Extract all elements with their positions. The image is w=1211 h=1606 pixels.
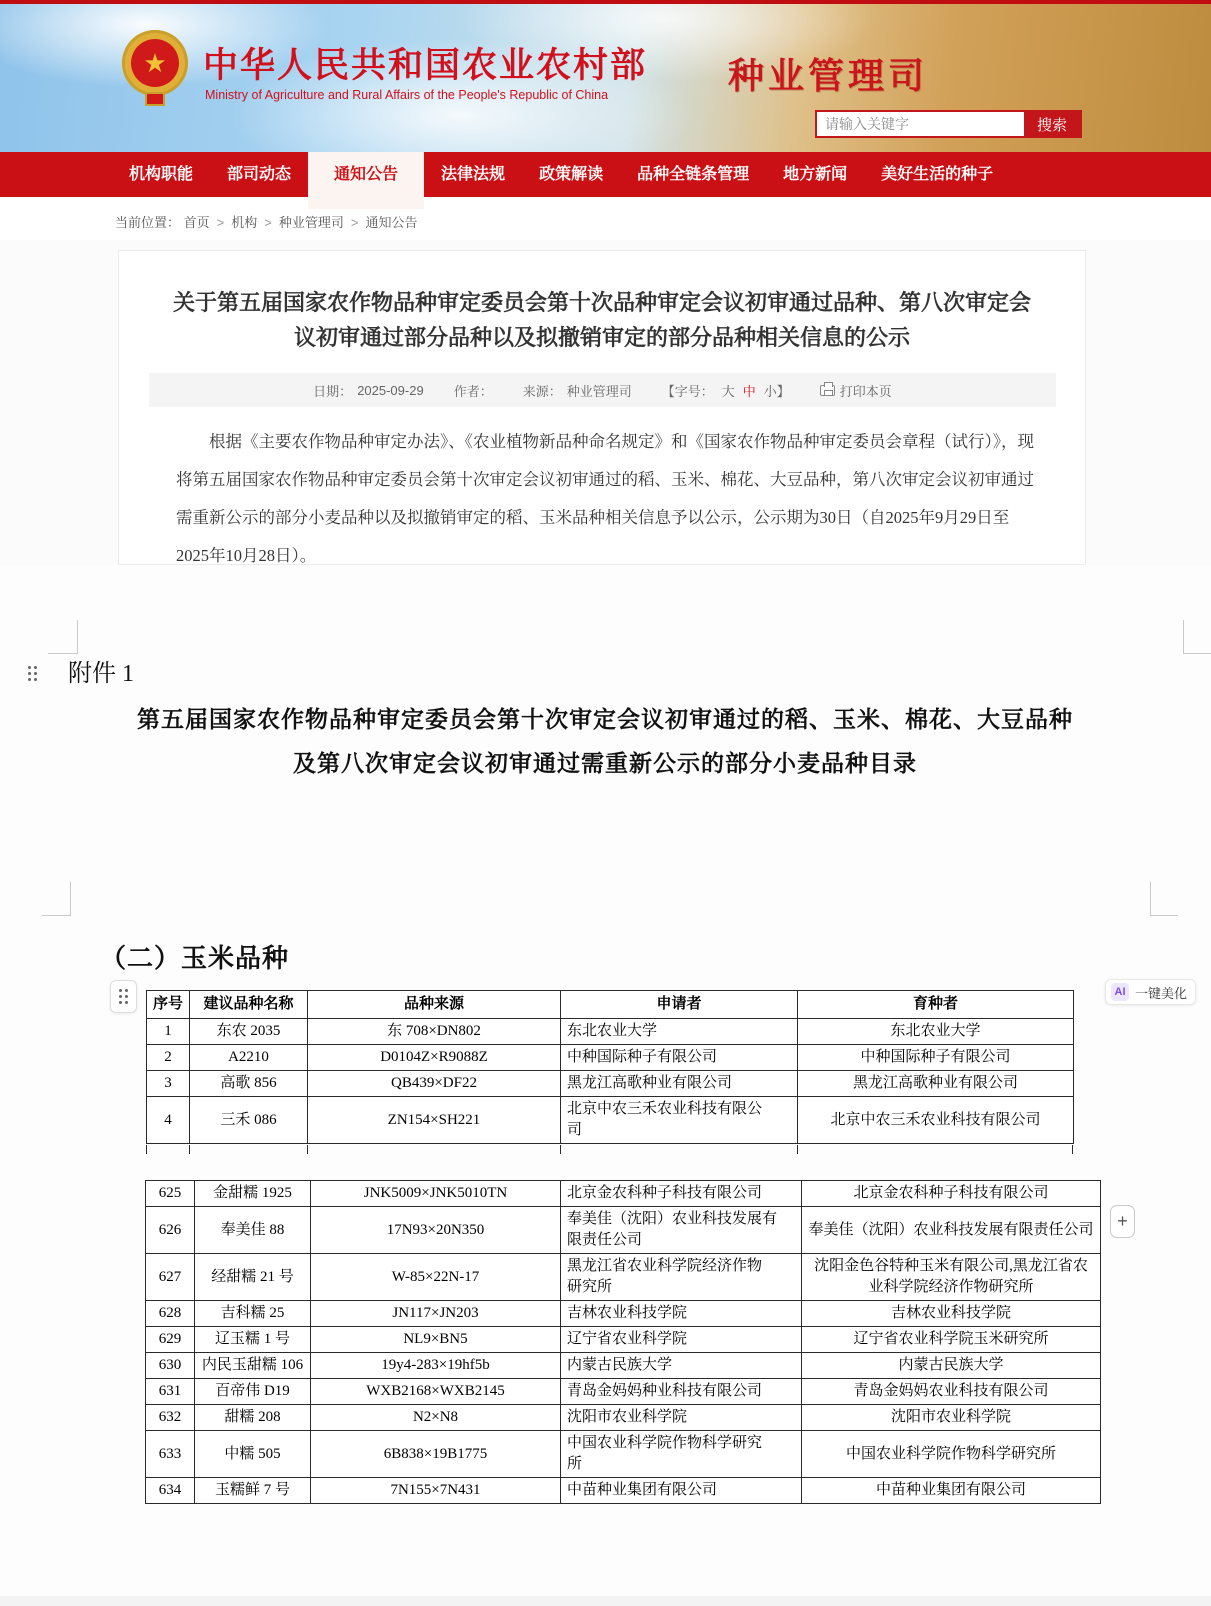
column-header: 申请者 [561, 991, 798, 1019]
table-cell: 辽宁省农业科学院玉米研究所 [802, 1327, 1101, 1353]
article-title: 关于第五届国家农作物品种审定委员会第十次品种审定会议初审通过品种、第八次审定会 … [143, 285, 1061, 355]
meta-author: 作者： [454, 381, 493, 400]
table-cell: 626 [146, 1207, 195, 1254]
table-cell: 633 [146, 1431, 195, 1478]
search-box: 搜索 [815, 110, 1082, 138]
table-row: 1东农 2035东 708×DN802东北农业大学东北农业大学 [147, 1019, 1074, 1045]
nav-item-机构职能[interactable]: 机构职能 [112, 152, 210, 197]
table-row: 633中糯 5056B838×19B1775中国农业科学院作物科学研究 所中国农… [146, 1431, 1101, 1478]
print-page[interactable]: 打印本页 [820, 381, 892, 400]
table-row: 2A2210D0104Z×R9088Z中种国际种子有限公司中种国际种子有限公司 [147, 1045, 1074, 1071]
breadcrumb-separator: > [264, 215, 272, 230]
nav-item-品种全链条管理[interactable]: 品种全链条管理 [620, 152, 766, 197]
table-row: 629辽玉糯 1 号NL9×BN5辽宁省农业科学院辽宁省农业科学院玉米研究所 [146, 1327, 1101, 1353]
table-cell: 中糯 505 [195, 1431, 311, 1478]
article-meta-bar: 日期：2025-09-29 作者： 来源：种业管理司 【字号：大中小】 打印本页 [149, 373, 1056, 407]
table-header-row: 序号建议品种名称品种来源申请者育种者 [147, 991, 1074, 1019]
breadcrumb-separator: > [217, 215, 225, 230]
table-cell: 三禾 086 [190, 1097, 308, 1144]
table-cell: 7N155×7N431 [311, 1478, 561, 1504]
table-row: 625金甜糯 1925JNK5009×JNK5010TN北京金农科种子科技有限公… [146, 1181, 1101, 1207]
table-cell: 黑龙江省农业科学院经济作物 研究所 [561, 1254, 802, 1301]
table-cell: 1 [147, 1019, 190, 1045]
ministry-title: 中华人民共和国农业农村部 [203, 38, 647, 88]
table-cell: 辽玉糯 1 号 [195, 1327, 311, 1353]
department-name: 种业管理司 [728, 48, 928, 99]
document-title: 第五届国家农作物品种审定委员会第十次审定会议初审通过的稻、玉米、棉花、大豆品种 … [120, 698, 1090, 786]
table-cell: 629 [146, 1327, 195, 1353]
table-cell: 沈阳市农业科学院 [802, 1405, 1101, 1431]
meta-date: 日期：2025-09-29 [313, 381, 424, 400]
article-body: 根据《主要农作物品种审定办法》、《农业植物新品种命名规定》和《国家农作物品种审定… [176, 423, 1042, 575]
table-row: 632甜糯 208N2×N8沈阳市农业科学院沈阳市农业科学院 [146, 1405, 1101, 1431]
table-cell: 634 [146, 1478, 195, 1504]
ministry-subtitle-en: Ministry of Agriculture and Rural Affair… [205, 88, 608, 102]
table-cell: 经甜糯 21 号 [195, 1254, 311, 1301]
add-row-button[interactable]: + [1110, 1205, 1135, 1238]
font-size-medium[interactable]: 中 [743, 381, 756, 400]
table-cell: ZN154×SH221 [308, 1097, 561, 1144]
clipped-table-row [146, 1145, 1073, 1154]
drag-handle-button[interactable] [110, 980, 137, 1013]
table-row: 627经甜糯 21 号W-85×22N-17黑龙江省农业科学院经济作物 研究所沈… [146, 1254, 1101, 1301]
table-cell: 吉林农业科技学院 [561, 1301, 802, 1327]
table-cell: 中苗种业集团有限公司 [802, 1478, 1101, 1504]
table-cell: 内蒙古民族大学 [561, 1353, 802, 1379]
table-cell: D0104Z×R9088Z [308, 1045, 561, 1071]
drag-handle-icon[interactable] [28, 666, 37, 681]
table-cell: 辽宁省农业科学院 [561, 1327, 802, 1353]
table-cell: 甜糯 208 [195, 1405, 311, 1431]
corn-table-top: 序号建议品种名称品种来源申请者育种者1东农 2035东 708×DN802东北农… [146, 990, 1074, 1144]
emblem-star-icon: ★ [131, 39, 179, 87]
table-row: 628吉科糯 25JN117×JN203吉林农业科技学院吉林农业科技学院 [146, 1301, 1101, 1327]
table-cell: 沈阳金色谷特种玉米有限公司,黑龙江省农 业科学院经济作物研究所 [802, 1254, 1101, 1301]
national-emblem-logo: ★ [122, 30, 188, 96]
breadcrumb-item-首页[interactable]: 首页 [184, 215, 210, 230]
site-banner: ★ 中华人民共和国农业农村部 Ministry of Agriculture a… [0, 4, 1211, 152]
table-cell: 中国农业科学院作物科学研究 所 [561, 1431, 802, 1478]
breadcrumb-item-机构[interactable]: 机构 [231, 215, 257, 230]
nav-item-地方新闻[interactable]: 地方新闻 [766, 152, 864, 197]
table-row: 4三禾 086ZN154×SH221北京中农三禾农业科技有限公 司北京中农三禾农… [147, 1097, 1074, 1144]
drag-handle-icon [119, 989, 128, 1004]
table-row: 630内民玉甜糯 10619y4-283×19hf5b内蒙古民族大学内蒙古民族大… [146, 1353, 1101, 1379]
printer-icon [820, 385, 835, 396]
table-cell: 北京中农三禾农业科技有限公司 [798, 1097, 1074, 1144]
article-card: 关于第五届国家农作物品种审定委员会第十次品种审定会议初审通过品种、第八次审定会 … [118, 250, 1086, 565]
table-cell: 6B838×19B1775 [311, 1431, 561, 1478]
table-cell: 19y4-283×19hf5b [311, 1353, 561, 1379]
table-cell: 玉糯鲜 7 号 [195, 1478, 311, 1504]
table-cell: 青岛金妈妈种业科技有限公司 [561, 1379, 802, 1405]
column-header: 建议品种名称 [190, 991, 308, 1019]
nav-item-政策解读[interactable]: 政策解读 [522, 152, 620, 197]
attachment-label: 附件 1 [68, 653, 134, 688]
table-cell: 高歌 856 [190, 1071, 308, 1097]
table-cell: 630 [146, 1353, 195, 1379]
meta-source: 来源：种业管理司 [523, 381, 632, 400]
table-cell: 奉美佳（沈阳）农业科技发展有 限责任公司 [561, 1207, 802, 1254]
table-row: 634玉糯鲜 7 号7N155×7N431中苗种业集团有限公司中苗种业集团有限公… [146, 1478, 1101, 1504]
table-cell: 东 708×DN802 [308, 1019, 561, 1045]
table-cell: 金甜糯 1925 [195, 1181, 311, 1207]
table-cell: NL9×BN5 [311, 1327, 561, 1353]
nav-item-美好生活的种子[interactable]: 美好生活的种子 [864, 152, 1010, 197]
breadcrumb: 当前位置： 首页>机构>种业管理司>通知公告 [115, 212, 417, 231]
ai-beautify-button[interactable]: AI 一键美化 [1105, 979, 1196, 1005]
search-input[interactable] [817, 112, 1024, 136]
table-row: 631百帝伟 D19WXB2168×WXB2145青岛金妈妈种业科技有限公司青岛… [146, 1379, 1101, 1405]
table-cell: N2×N8 [311, 1405, 561, 1431]
table-cell: 中种国际种子有限公司 [798, 1045, 1074, 1071]
breadcrumb-item-通知公告[interactable]: 通知公告 [365, 215, 417, 230]
table-cell: 东北农业大学 [561, 1019, 798, 1045]
emblem-base [147, 94, 163, 104]
table-cell: 青岛金妈妈农业科技有限公司 [802, 1379, 1101, 1405]
table-cell: 中种国际种子有限公司 [561, 1045, 798, 1071]
table-cell: QB439×DF22 [308, 1071, 561, 1097]
ai-icon: AI [1111, 983, 1129, 1001]
table-cell: 中国农业科学院作物科学研究所 [802, 1431, 1101, 1478]
table-cell: 东农 2035 [190, 1019, 308, 1045]
table-cell: 627 [146, 1254, 195, 1301]
table-cell: 东北农业大学 [798, 1019, 1074, 1045]
table-cell: A2210 [190, 1045, 308, 1071]
column-header: 品种来源 [308, 991, 561, 1019]
table-cell: 北京中农三禾农业科技有限公 司 [561, 1097, 798, 1144]
main-nav: 机构职能部司动态通知公告法律法规政策解读品种全链条管理地方新闻美好生活的种子 [0, 152, 1211, 197]
nav-item-法律法规[interactable]: 法律法规 [424, 152, 522, 197]
table-cell: 17N93×20N350 [311, 1207, 561, 1254]
table-cell: 奉美佳 88 [195, 1207, 311, 1254]
nav-item-部司动态[interactable]: 部司动态 [210, 152, 308, 197]
table-cell: 北京金农科种子科技有限公司 [802, 1181, 1101, 1207]
table-cell: 632 [146, 1405, 195, 1431]
table-cell: 内民玉甜糯 106 [195, 1353, 311, 1379]
table-row: 626奉美佳 8817N93×20N350奉美佳（沈阳）农业科技发展有 限责任公… [146, 1207, 1101, 1254]
section-heading-corn: （二）玉米品种 [100, 938, 289, 975]
table-cell: 北京金农科种子科技有限公司 [561, 1181, 802, 1207]
bottom-edge-strip [0, 1596, 1211, 1606]
nav-item-通知公告[interactable]: 通知公告 [308, 152, 424, 209]
table-cell: 吉科糯 25 [195, 1301, 311, 1327]
table-cell: 奉美佳（沈阳）农业科技发展有限责任公司 [802, 1207, 1101, 1254]
font-size-small[interactable]: 小】 [764, 381, 790, 400]
table-cell: WXB2168×WXB2145 [311, 1379, 561, 1405]
table-cell: JNK5009×JNK5010TN [311, 1181, 561, 1207]
table-cell: JN117×JN203 [311, 1301, 561, 1327]
breadcrumb-separator: > [351, 215, 359, 230]
table-cell: 2 [147, 1045, 190, 1071]
corn-table-bottom: 625金甜糯 1925JNK5009×JNK5010TN北京金农科种子科技有限公… [145, 1180, 1101, 1504]
search-button[interactable]: 搜索 [1024, 112, 1080, 136]
table-cell: 3 [147, 1071, 190, 1097]
table-cell: 628 [146, 1301, 195, 1327]
table-cell: W-85×22N-17 [311, 1254, 561, 1301]
breadcrumb-prefix: 当前位置： [115, 215, 184, 230]
table-cell: 631 [146, 1379, 195, 1405]
table-cell: 黑龙江高歌种业有限公司 [561, 1071, 798, 1097]
table-cell: 中苗种业集团有限公司 [561, 1478, 802, 1504]
table-cell: 黑龙江高歌种业有限公司 [798, 1071, 1074, 1097]
table-cell: 沈阳市农业科学院 [561, 1405, 802, 1431]
table-cell: 4 [147, 1097, 190, 1144]
table-cell: 625 [146, 1181, 195, 1207]
column-header: 育种者 [798, 991, 1074, 1019]
font-size-switcher[interactable]: 【字号：大中小】 [662, 381, 790, 400]
table-row: 3高歌 856QB439×DF22黑龙江高歌种业有限公司黑龙江高歌种业有限公司 [147, 1071, 1074, 1097]
column-header: 序号 [147, 991, 190, 1019]
breadcrumb-item-种业管理司[interactable]: 种业管理司 [279, 215, 344, 230]
table-cell: 吉林农业科技学院 [802, 1301, 1101, 1327]
font-size-large[interactable]: 大 [722, 381, 735, 400]
table-cell: 内蒙古民族大学 [802, 1353, 1101, 1379]
table-cell: 百帝伟 D19 [195, 1379, 311, 1405]
